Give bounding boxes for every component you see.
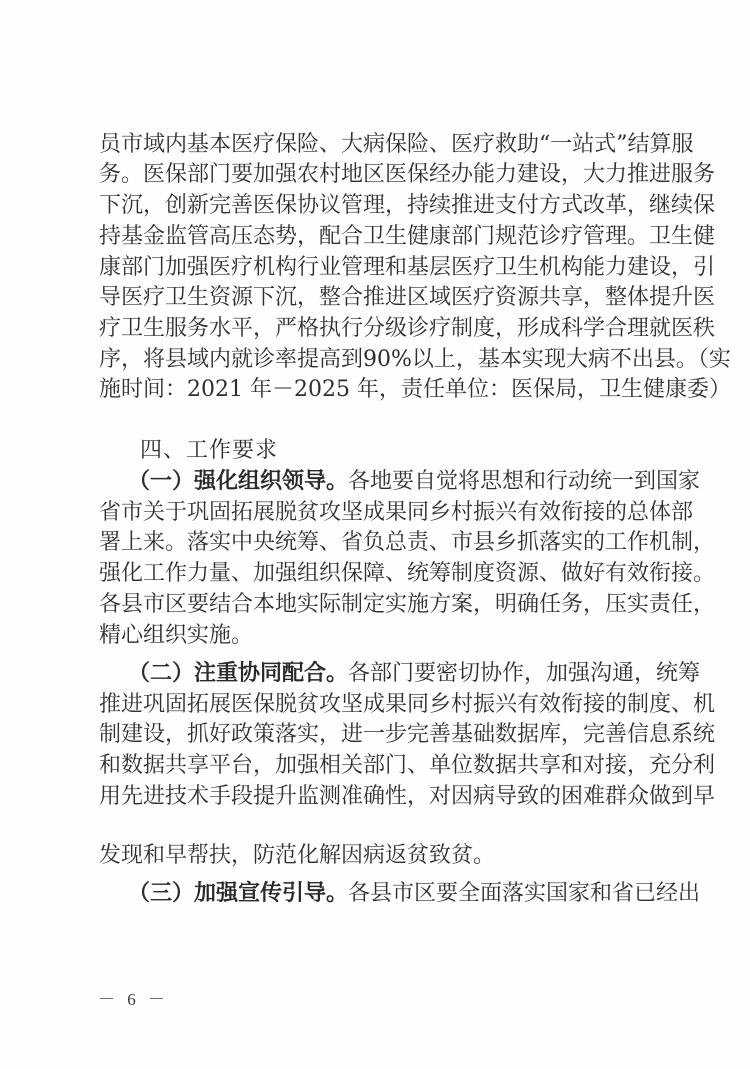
- subsection-text: 各部门要密切协作，加强沟通，统筹: [348, 661, 700, 686]
- body-line: 制建设，抓好政策落实，进一步完善基础数据库，完善信息系统: [99, 720, 657, 750]
- subsection-first-line: （二）注重协同配合。各部门要密切协作，加强沟通，统筹: [128, 659, 657, 689]
- page-number: － 6 －: [98, 988, 169, 1012]
- subsection-title: （二）注重协同配合。: [128, 661, 348, 686]
- body-line: 疗卫生服务水平，严格执行分级诊疗制度，形成科学合理就医秩: [99, 314, 657, 344]
- subsection-first-line: （三）加强宣传引导。各县市区要全面落实国家和省已经出: [128, 879, 657, 909]
- body-line: 推进巩固拓展医保脱贫攻坚成果同乡村振兴有效衔接的制度、机: [99, 690, 657, 720]
- body-line: 导医疗卫生资源下沉，整合推进区域医疗资源共享，整体提升医: [99, 283, 657, 313]
- body-line: 发现和早帮扶，防范化解因病返贫致贫。: [99, 841, 657, 871]
- body-line: 精心组织实施。: [99, 621, 657, 651]
- body-line: 署上来。落实中央统筹、省负总责、市县乡抓落实的工作机制，: [99, 528, 657, 558]
- body-line: 员市域内基本医疗保险、大病保险、医疗救助“一站式”结算服: [99, 130, 657, 160]
- section-heading: 四、工作要求: [140, 436, 278, 466]
- subsection-title: （一）强化组织领导。: [128, 469, 348, 494]
- document-page: 员市域内基本医疗保险、大病保险、医疗救助“一站式”结算服 务。医保部门要加强农村…: [0, 0, 750, 1069]
- body-line: 用先进技术手段提升监测准确性，对因病导致的困难群众做到早: [99, 782, 657, 812]
- body-line: 务。医保部门要加强农村地区医保经办能力建设，大力推进服务: [99, 160, 657, 190]
- body-line: 和数据共享平台，加强相关部门、单位数据共享和对接，充分利: [99, 751, 657, 781]
- subsection-title: （三）加强宣传引导。: [128, 881, 348, 906]
- subsection-text: 各地要自觉将思想和行动统一到国家: [348, 469, 700, 494]
- body-line: 省市关于巩固拓展脱贫攻坚成果同乡村振兴有效衔接的总体部: [99, 498, 657, 528]
- body-line: 各县市区要结合本地实际制定实施方案，明确任务，压实责任，: [99, 590, 657, 620]
- body-line: 施时间：2021 年－2025 年，责任单位：医保局，卫生健康委）: [99, 375, 657, 405]
- body-line: 下沉，创新完善医保协议管理，持续推进支付方式改革，继续保: [99, 191, 657, 221]
- subsection-text: 各县市区要全面落实国家和省已经出: [348, 881, 700, 906]
- body-line: 序，将县域内就诊率提高到90%以上，基本实现大病不出县。（实: [99, 345, 657, 375]
- body-line: 强化工作力量、加强组织保障、统筹制度资源、做好有效衔接。: [99, 559, 657, 589]
- body-line: 康部门加强医疗机构行业管理和基层医疗卫生机构能力建设，引: [99, 253, 657, 283]
- body-line: 持基金监管高压态势，配合卫生健康部门规范诊疗管理。卫生健: [99, 222, 657, 252]
- subsection-first-line: （一）强化组织领导。各地要自觉将思想和行动统一到国家: [128, 467, 657, 497]
